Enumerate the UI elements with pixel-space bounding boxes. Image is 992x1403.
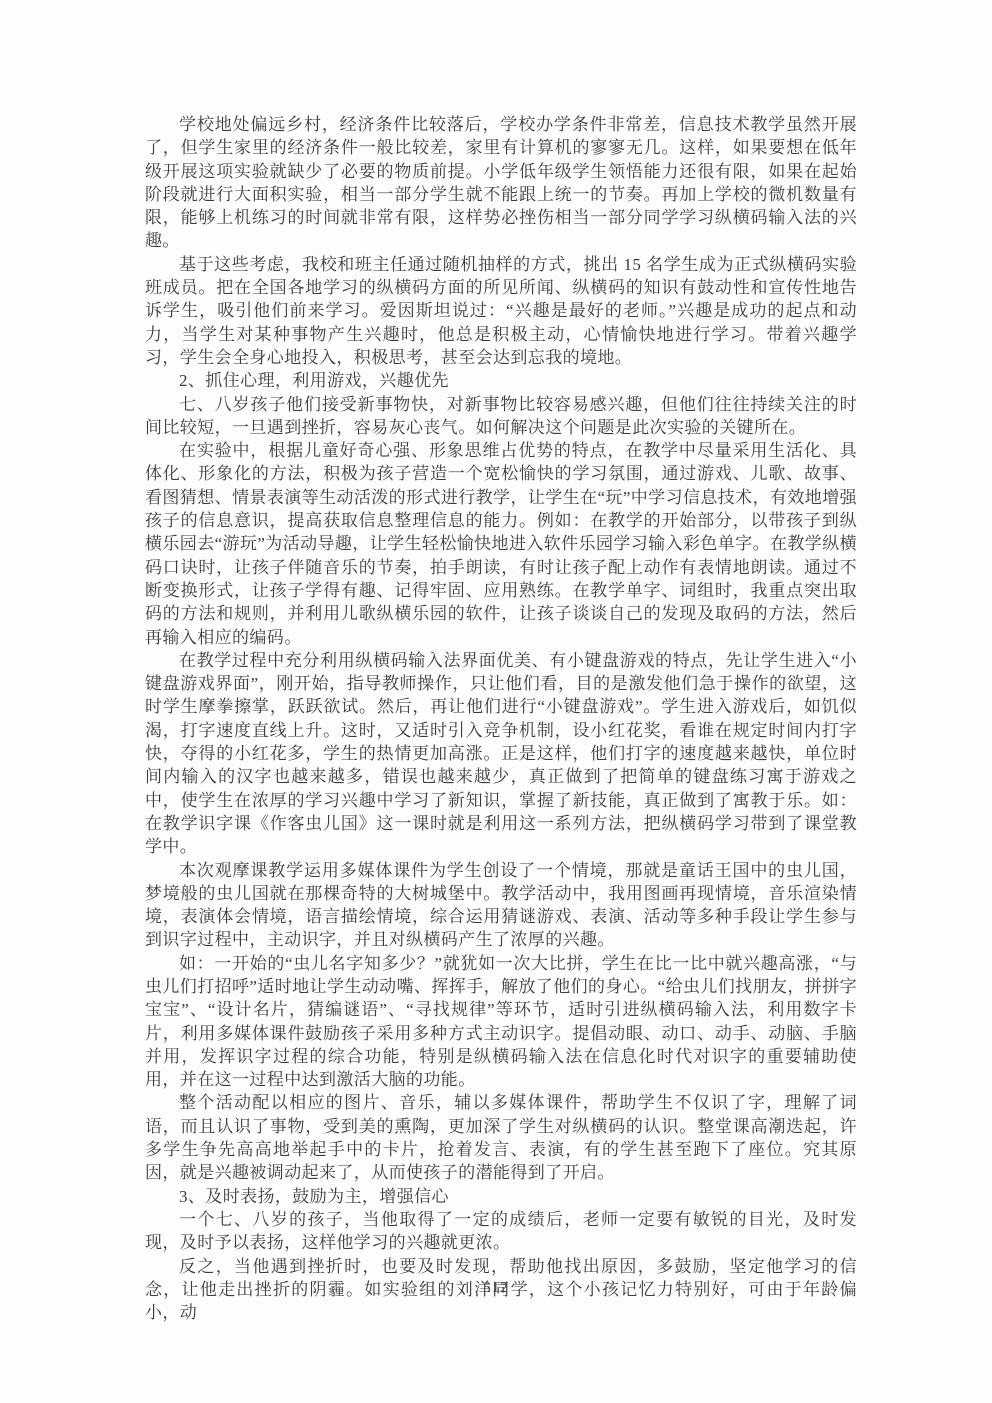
- page-number: 512: [0, 1280, 992, 1297]
- paragraph: 在实验中，根据儿童好奇心强、形象思维占优势的特点，在教学中尽量采用生活化、具体化…: [145, 439, 857, 649]
- paragraph: 如：一开始的“虫儿名字知多少？”就犹如一次大比拼，学生在比一比中就兴趣高涨，“与…: [145, 952, 857, 1092]
- paragraph: 七、八岁孩子他们接受新事物快，对新事物比较容易感兴趣，但他们往往持续关注的时间比…: [145, 393, 857, 440]
- paragraph: 基于这些考虑，我校和班主任通过随机抽样的方式，挑出 15 名学生成为正式纵横码实…: [145, 253, 857, 369]
- paragraph: 在教学过程中充分利用纵横码输入法界面优美、有小键盘游戏的特点，先让学生进入“小键…: [145, 649, 857, 859]
- paragraph: 学校地处偏远乡村，经济条件比较落后，学校办学条件非常差，信息技术教学虽然开展了，…: [145, 113, 857, 253]
- paragraph: 整个活动配以相应的图片、音乐，辅以多媒体课件，帮助学生不仅识了字，理解了词语，而…: [145, 1091, 857, 1184]
- section-heading: 3、及时表扬，鼓励为主，增强信心: [145, 1185, 857, 1208]
- paragraph: 一个七、八岁的孩子，当他取得了一定的成绩后，老师一定要有敏锐的目光，及时发现，及…: [145, 1208, 857, 1255]
- section-heading: 2、抓住心理，利用游戏，兴趣优先: [145, 369, 857, 392]
- paragraph: 本次观摩课教学运用多媒体课件为学生创设了一个情境，那就是童话王国中的虫儿国，梦境…: [145, 859, 857, 952]
- page-body-text: 学校地处偏远乡村，经济条件比较落后，学校办学条件非常差，信息技术教学虽然开展了，…: [145, 113, 857, 1324]
- document-page: 学校地处偏远乡村，经济条件比较落后，学校办学条件非常差，信息技术教学虽然开展了，…: [0, 0, 992, 1403]
